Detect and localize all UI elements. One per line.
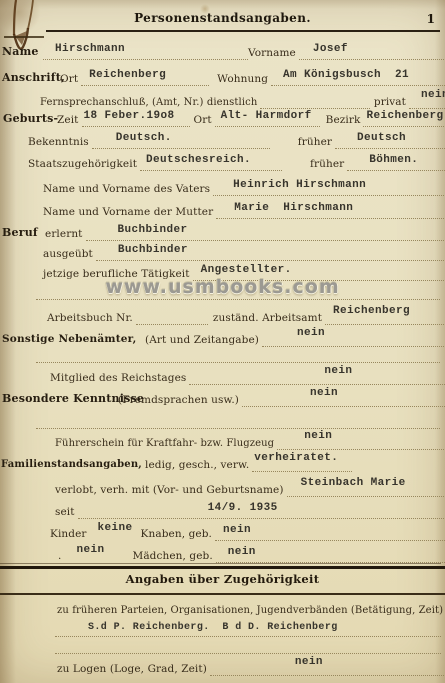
fuehrerschein-label: Führerschein für Kraftfahr- bzw. Flugzeu… bbox=[55, 438, 277, 450]
erlernt-value: Buchbinder bbox=[86, 224, 188, 237]
nebenaemter-label: Sonstige Nebenämter, bbox=[2, 333, 136, 345]
document-page: Personenstandsangaben. 1 Name Hirschmann… bbox=[0, 0, 445, 683]
privat-field: nein bbox=[409, 95, 445, 109]
row-bekenntnis: Bekenntnis Deutsch. früher Deutsch bbox=[0, 132, 445, 149]
geburtsort-label: Ort bbox=[190, 114, 215, 127]
reichstag-label: Mitglied des Reichstages bbox=[50, 372, 189, 385]
seit-value: 14/9. 1935 bbox=[78, 502, 278, 515]
watermark: www.usmbooks.com bbox=[0, 276, 445, 298]
parteien-value: S.d P. Reichenberg. B d D. Reichenberg bbox=[88, 621, 338, 634]
page-number: 1 bbox=[427, 12, 435, 26]
divider-medium bbox=[0, 593, 445, 595]
staat-frueher-field: Böhmen. bbox=[347, 157, 445, 171]
zeit-label: Zeit bbox=[57, 114, 82, 127]
arbeitsamt-label: zuständ. Arbeitsamt bbox=[208, 312, 325, 325]
row-anschrift: Anschrift, Ort Reichenberg Wohnung Am Kö… bbox=[0, 69, 445, 86]
kinder-label: Kinder bbox=[50, 528, 90, 541]
header-rule bbox=[46, 30, 440, 32]
row-nebenaemter: Sonstige Nebenämter, (Art und Zeitangabe… bbox=[0, 330, 445, 347]
vorname-label: Vorname bbox=[248, 47, 299, 60]
fernsprecher-label: Fernsprechanschluß, (Amt, Nr.) dienstlic… bbox=[40, 97, 260, 109]
mutter-label: Name und Vorname der Mutter bbox=[43, 206, 216, 219]
beruf-label: Beruf bbox=[2, 226, 38, 239]
page-title: Personenstandsangaben. bbox=[0, 11, 445, 25]
knaben-value: nein bbox=[215, 524, 251, 537]
row-verlobt: verlobt, verh. mit (Vor- und Geburtsname… bbox=[0, 480, 445, 497]
bekenntnis-field: Deutsch. bbox=[92, 135, 270, 149]
row-seit: seit 14/9. 1935 bbox=[0, 502, 445, 519]
row-reichstag: Mitglied des Reichstages nein bbox=[0, 368, 445, 385]
row-name: Name Hirschmann Vorname Josef bbox=[0, 43, 445, 60]
fuehrerschein-field: nein bbox=[277, 436, 445, 450]
row-geburt: Geburts- Zeit 18 Feber.19o8 Ort Alt- Har… bbox=[0, 110, 445, 127]
logen-field: nein bbox=[210, 662, 445, 676]
vater-value: Heinrich Hirschmann bbox=[213, 179, 366, 192]
familienstand-sub-label: ledig, gesch., verw. bbox=[145, 459, 252, 472]
maedchen-field: nein bbox=[216, 549, 445, 563]
name-field: Hirschmann bbox=[43, 46, 248, 60]
parteien-label: zu früheren Parteien, Organisationen, Ju… bbox=[57, 605, 445, 617]
vater-field: Heinrich Hirschmann bbox=[213, 182, 445, 196]
staat-frueher-value: Böhmen. bbox=[347, 154, 418, 167]
ausgeuebt-label: ausgeübt bbox=[43, 248, 96, 261]
wohnung-value: Am Königsbusch 21 bbox=[271, 69, 409, 82]
name-label: Name bbox=[2, 45, 39, 58]
knaben-label: Knaben, geb. bbox=[141, 528, 215, 541]
row-vater: Name und Vorname des Vaters Heinrich Hir… bbox=[0, 179, 445, 196]
staat-value: Deutschesreich. bbox=[140, 154, 251, 167]
nebenaemter-value: nein bbox=[262, 327, 325, 340]
verlobt-label: verlobt, verh. mit (Vor- und Geburtsname… bbox=[55, 484, 287, 497]
row-kinder-maedchen: . nein Mädchen, geb. nein bbox=[0, 546, 445, 563]
mutter-field: Marie Hirschmann bbox=[216, 205, 445, 219]
divider-thin bbox=[0, 563, 441, 564]
zeit-value: 18 Feber.19o8 bbox=[82, 110, 175, 123]
familienstand-label: Familienstandsangaben, bbox=[1, 459, 142, 470]
kinder-value: keine bbox=[98, 522, 133, 535]
kinder-row2-value: nein bbox=[76, 544, 104, 557]
erlernt-label: erlernt bbox=[45, 228, 86, 241]
maedchen-value: nein bbox=[216, 546, 256, 559]
bezirk-field: Reichenberg bbox=[363, 113, 445, 127]
bezirk-label: Bezirk bbox=[320, 114, 364, 127]
dienstlich-field bbox=[260, 108, 370, 109]
logen-value: nein bbox=[210, 656, 323, 669]
bekenntnis-frueher-value: Deutsch bbox=[335, 132, 406, 145]
verlobt-field: Steinbach Marie bbox=[287, 483, 445, 497]
zeit-field: 18 Feber.19o8 bbox=[82, 113, 190, 127]
row-kenntnisse: Besondere Kenntnisse (Fremdsprachen usw.… bbox=[0, 390, 445, 407]
vorname-value: Josef bbox=[299, 43, 348, 56]
privat-value: nein bbox=[409, 89, 445, 102]
row-mutter: Name und Vorname der Mutter Marie Hirsch… bbox=[0, 202, 445, 219]
bezirk-value: Reichenberg bbox=[363, 110, 443, 123]
bekenntnis-frueher-label: früher bbox=[270, 136, 335, 149]
privat-label: privat bbox=[370, 96, 409, 109]
familienstand-field: verheiratet. bbox=[252, 458, 352, 472]
bekenntnis-value: Deutsch. bbox=[92, 132, 172, 145]
dotted-line bbox=[55, 635, 441, 637]
dotted-line bbox=[36, 361, 440, 363]
wohnung-label: Wohnung bbox=[209, 73, 271, 86]
row-parteien: zu früheren Parteien, Organisationen, Ju… bbox=[0, 600, 445, 617]
divider-heavy bbox=[0, 566, 445, 569]
row-fernsprecher: Fernsprechanschluß, (Amt, Nr.) dienstlic… bbox=[0, 92, 445, 109]
row-beruf-ausgeuebt: ausgeübt Buchbinder bbox=[0, 244, 445, 261]
mutter-value: Marie Hirschmann bbox=[216, 202, 353, 215]
ausgeuebt-field: Buchbinder bbox=[96, 247, 445, 261]
arbeitsamt-value: Reichenberg bbox=[325, 305, 410, 318]
bekenntnis-frueher-field: Deutsch bbox=[335, 135, 445, 149]
arbeitsbuch-field bbox=[136, 324, 208, 325]
bekenntnis-label: Bekenntnis bbox=[28, 136, 92, 149]
reichstag-value: nein bbox=[189, 365, 352, 378]
logen-label: zu Logen (Loge, Grad, Zeit) bbox=[57, 663, 210, 676]
kinder-row2-label: . bbox=[58, 550, 64, 563]
fuehrerschein-value: nein bbox=[277, 430, 332, 443]
ausgeuebt-value: Buchbinder bbox=[96, 244, 188, 257]
geburt-label: Geburts- bbox=[3, 112, 58, 125]
nebenaemter-sub-label: (Art und Zeitangabe) bbox=[145, 334, 262, 347]
row-kinder-knaben: Kinder keine Knaben, geb. nein bbox=[0, 524, 445, 541]
reichstag-field: nein bbox=[189, 371, 445, 385]
row-logen: zu Logen (Loge, Grad, Zeit) nein bbox=[0, 659, 445, 676]
row-beruf-erlernt: Beruf erlernt Buchbinder bbox=[0, 224, 445, 241]
dotted-line bbox=[36, 298, 440, 300]
row-familienstand: Familienstandsangaben, ledig, gesch., ve… bbox=[0, 455, 445, 472]
seit-field: 14/9. 1935 bbox=[78, 505, 445, 519]
seit-label: seit bbox=[55, 506, 78, 519]
anschrift-label: Anschrift, bbox=[2, 71, 65, 84]
verlobt-value: Steinbach Marie bbox=[287, 477, 406, 490]
nebenaemter-field: nein bbox=[262, 333, 445, 347]
knaben-field: nein bbox=[215, 527, 445, 541]
row-arbeitsbuch: Arbeitsbuch Nr. zuständ. Arbeitsamt Reic… bbox=[0, 308, 445, 325]
row-fuehrerschein: Führerschein für Kraftfahr- bzw. Flugzeu… bbox=[0, 433, 445, 450]
staat-label: Staatszugehörigkeit bbox=[28, 158, 140, 171]
erlernt-field: Buchbinder bbox=[86, 227, 445, 241]
staat-field: Deutschesreich. bbox=[140, 157, 282, 171]
section-title: Angaben über Zugehörigkeit bbox=[0, 572, 445, 586]
dotted-line bbox=[55, 652, 441, 654]
kenntnisse-value: nein bbox=[242, 387, 338, 400]
name-value: Hirschmann bbox=[43, 43, 125, 56]
kenntnisse-label: Besondere Kenntnisse bbox=[2, 392, 144, 405]
maedchen-label: Mädchen, geb. bbox=[132, 550, 215, 563]
familienstand-value: verheiratet. bbox=[252, 452, 338, 465]
arbeitsbuch-label: Arbeitsbuch Nr. bbox=[47, 312, 136, 325]
row-staatszugehoerigkeit: Staatszugehörigkeit Deutschesreich. früh… bbox=[0, 154, 445, 171]
row-parteien-value: S.d P. Reichenberg. B d D. Reichenberg bbox=[0, 617, 445, 634]
kenntnisse-field: nein bbox=[242, 393, 445, 407]
dotted-line bbox=[36, 427, 440, 429]
wohnung-field: Am Königsbusch 21 bbox=[271, 72, 445, 86]
geburtsort-value: Alt- Harmdorf bbox=[215, 110, 312, 123]
staat-frueher-label: früher bbox=[282, 158, 347, 171]
arbeitsamt-field: Reichenberg bbox=[325, 311, 445, 325]
vorname-field: Josef bbox=[299, 46, 445, 60]
vater-label: Name und Vorname des Vaters bbox=[43, 183, 213, 196]
ort-value: Reichenberg bbox=[81, 69, 166, 82]
ort-field: Reichenberg bbox=[81, 72, 209, 86]
geburtsort-field: Alt- Harmdorf bbox=[215, 113, 320, 127]
